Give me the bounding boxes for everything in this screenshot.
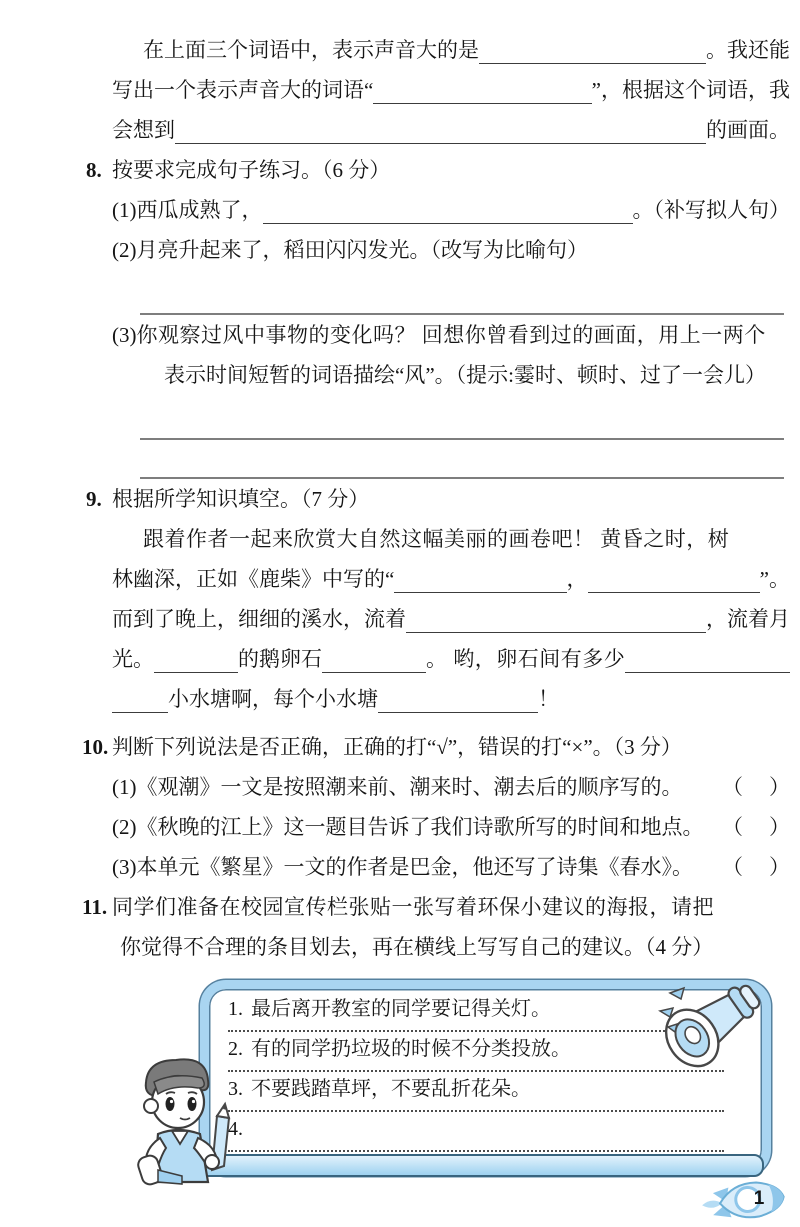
q8-item-3-line-1: (3) 你观察过风中事物的变化吗？ 回想你曾看到过的画面，用上一两个 [112, 315, 790, 355]
spacer [683, 767, 723, 807]
answer-blank [175, 110, 706, 144]
q10-item-1: (1) 《观潮》一文是按照潮来前、潮来时、潮去后的顺序写的。 （ ） [112, 767, 790, 807]
answer-blank [378, 679, 538, 713]
answer-blank [479, 30, 706, 64]
poster-item-number: 1. [228, 992, 243, 1030]
poster-item-text: 有的同学扔垃圾的时候不分类投放。 [251, 1032, 571, 1070]
q9-line-3: 而到了晚上，细细的溪水，流着 ，流着月 [112, 599, 790, 639]
q9-line-5: 小水塘啊，每个小水塘 ！ [112, 679, 790, 719]
bracket-open: （ [722, 767, 743, 807]
answer-blank [394, 559, 566, 593]
answer-blank [625, 639, 790, 673]
rocket-icon [696, 1176, 790, 1224]
q9-line-4: 光。 的鹅卵石 。 哟，卵石间有多少 [112, 639, 790, 679]
q9-line-1: 跟着作者一起来欣赏大自然这幅美丽的画卷吧！ 黄昏之时，树 [112, 519, 790, 559]
intro-line-3: 会想到 的画面。 [112, 110, 790, 150]
megaphone-icon [648, 964, 778, 1082]
item-text: 《秋晚的江上》这一题目告诉了我们诗歌所写的时间和地点。 [137, 807, 704, 847]
intro-line-2: 写出一个表示声音大的词语“ ”，根据这个词语，我 [112, 70, 790, 110]
item-text: 表示时间短暂的词语描绘“风”。（提示:霎时、顿时、过了一会儿） [164, 355, 766, 395]
question-title: 根据所学知识填空。（7 分） [112, 479, 369, 519]
poster-item-4: 4. [228, 1112, 724, 1152]
write-line [140, 440, 784, 479]
intro-text: 的画面。 [706, 110, 790, 150]
q8-header: 8. 按要求完成句子练习。（6 分） [112, 150, 790, 190]
item-text: 你观察过风中事物的变化吗？ 回想你曾看到过的画面，用上一两个 [137, 315, 766, 355]
q10-item-3: (3) 本单元《繁星》一文的作者是巴金，他还写了诗集《春水》。 （ ） [112, 847, 790, 887]
paragraph-text: ！ [538, 679, 559, 719]
spacer [693, 847, 722, 887]
q8-item-1: (1) 西瓜成熟了， 。（补写拟人句） [112, 190, 790, 230]
q8-item-2: (2) 月亮升起来了，稻田闪闪发光。（改写为比喻句） [112, 230, 790, 270]
answer-blank [112, 679, 168, 713]
answer-blank [373, 70, 591, 104]
question-title: 判断下列说法是否正确，正确的打“√”，错误的打“×”。（3 分） [112, 727, 682, 767]
q10-item-2: (2) 《秋晚的江上》这一题目告诉了我们诗歌所写的时间和地点。 （ ） [112, 807, 790, 847]
paragraph-text: 光。 [112, 639, 154, 679]
bracket-close: ） [769, 807, 790, 847]
intro-text: 写出一个表示声音大的词语“ [112, 70, 373, 110]
item-text: 西瓜成熟了， [137, 190, 263, 230]
answer-blank [322, 639, 426, 673]
q10-header: 10. 判断下列说法是否正确，正确的打“√”，错误的打“×”。（3 分） [112, 727, 790, 767]
item-label: (2) [112, 807, 137, 847]
student-illustration [128, 1052, 246, 1190]
answer-blank [588, 559, 760, 593]
item-label: (3) [112, 315, 137, 355]
worksheet-content: 在上面三个词语中，表示声音大的是 。我还能 写出一个表示声音大的词语“ ”，根据… [112, 30, 790, 967]
question-title: 按要求完成句子练习。（6 分） [112, 150, 390, 190]
bracket-gap [743, 767, 769, 807]
poster-item-text: 最后离开教室的同学要记得关灯。 [251, 992, 551, 1030]
paragraph-text: 而到了晚上，细细的溪水，流着 [112, 599, 406, 639]
intro-text: 会想到 [112, 110, 175, 150]
q9-header: 9. 根据所学知识填空。（7 分） [112, 479, 790, 519]
item-label: (3) [112, 847, 137, 887]
answer-blank [154, 639, 238, 673]
question-number: 10. [82, 727, 112, 767]
bracket-open: （ [722, 807, 743, 847]
worksheet-page: 在上面三个词语中，表示声音大的是 。我还能 写出一个表示声音大的词语“ ”，根据… [0, 0, 800, 1227]
bracket-close: ） [769, 847, 790, 887]
bracket-open: （ [722, 847, 743, 887]
item-text: 月亮升起来了，稻田闪闪发光。（改写为比喻句） [137, 230, 589, 270]
item-text: 本单元《繁星》一文的作者是巴金，他还写了诗集《春水》。 [137, 847, 694, 887]
q11-header: 11. 同学们准备在校园宣传栏张贴一张写着环保小建议的海报，请把 [112, 887, 790, 927]
spacer [704, 807, 723, 847]
bracket-close: ） [769, 767, 790, 807]
intro-text: ”，根据这个词语，我 [592, 70, 790, 110]
paragraph-text: ，流着月 [706, 599, 790, 639]
item-text: 。（补写拟人句） [633, 190, 791, 230]
page-number: 1 [748, 1188, 770, 1210]
item-label: (1) [112, 190, 137, 230]
write-line [140, 270, 784, 315]
question-number: 9. [86, 479, 112, 519]
paragraph-text: 林幽深，正如《鹿柴》中写的“ [112, 559, 394, 599]
paragraph-text: 的鹅卵石 [238, 639, 322, 679]
paragraph-text: 。 哟，卵石间有多少 [426, 639, 625, 679]
intro-text: 在上面三个词语中，表示声音大的是 [143, 30, 479, 70]
intro-line-1: 在上面三个词语中，表示声音大的是 。我还能 [112, 30, 790, 70]
bracket-gap [743, 807, 769, 847]
poster-item-text: 不要践踏草坪，不要乱折花朵。 [251, 1072, 531, 1110]
paragraph-text: 小水塘啊，每个小水塘 [168, 679, 378, 719]
item-text: 《观潮》一文是按照潮来前、潮来时、潮去后的顺序写的。 [137, 767, 683, 807]
question-text: 你觉得不合理的条目划去，再在横线上写写自己的建议。（4 分） [120, 927, 713, 967]
answer-blank [406, 599, 706, 633]
spacer [112, 719, 790, 727]
paragraph-text: ”。 [760, 559, 790, 599]
paragraph-text: 跟着作者一起来欣赏大自然这幅美丽的画卷吧！ 黄昏之时，树 [143, 519, 729, 559]
paragraph-text: ， [567, 559, 588, 599]
item-label: (2) [112, 230, 137, 270]
question-number: 11. [82, 887, 112, 927]
answer-blank [263, 190, 633, 224]
write-line [140, 395, 784, 440]
question-number: 8. [86, 150, 112, 190]
item-label: (1) [112, 767, 137, 807]
board-tray [198, 1154, 764, 1177]
intro-text: 。我还能 [706, 30, 790, 70]
q8-item-3-line-2: 表示时间短暂的词语描绘“风”。（提示:霎时、顿时、过了一会儿） [112, 355, 790, 395]
q11-line-2: 你觉得不合理的条目划去，再在横线上写写自己的建议。（4 分） [112, 927, 790, 967]
bracket-gap [743, 847, 769, 887]
q9-line-2: 林幽深，正如《鹿柴》中写的“ ， ”。 [112, 559, 790, 599]
question-title: 同学们准备在校园宣传栏张贴一张写着环保小建议的海报，请把 [112, 887, 714, 927]
